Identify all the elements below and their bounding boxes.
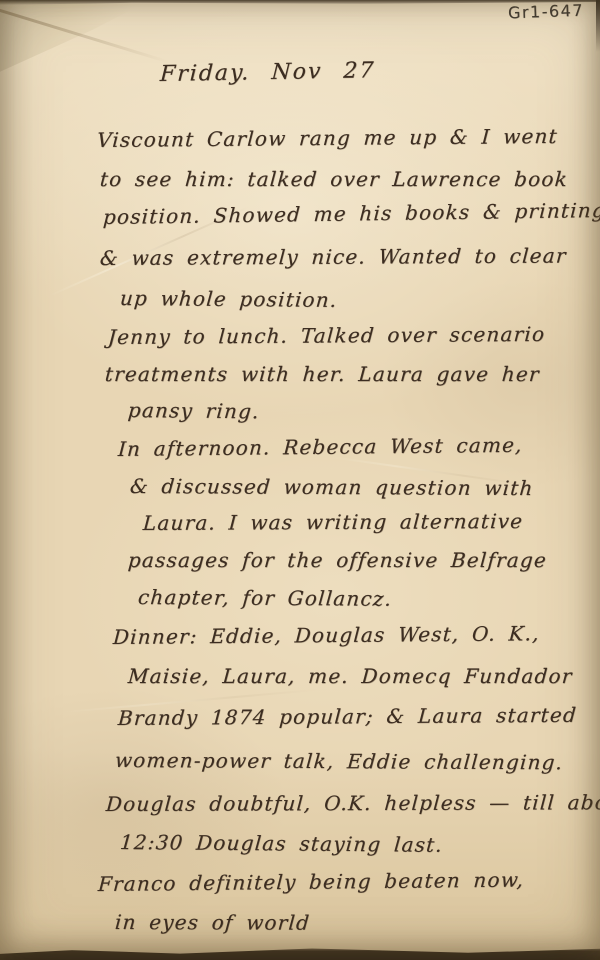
paper-corner-fold <box>0 0 150 78</box>
handwritten-line: Franco definitely being beaten now, <box>97 868 525 896</box>
handwritten-line: women-power talk, Eddie challenging. <box>114 748 564 774</box>
handwritten-line: & discussed woman question with <box>129 474 534 500</box>
handwritten-line: position. Showed me his books & printing… <box>102 198 600 229</box>
handwritten-line: passages for the offensive Belfrage <box>127 548 548 572</box>
handwritten-line: treatments with her. Laura gave her <box>104 362 540 386</box>
handwritten-line: pansy ring. <box>127 398 261 423</box>
handwritten-line: Dinner: Eddie, Douglas West, O. K., <box>112 621 540 649</box>
handwritten-line: Brandy 1874 popular; & Laura started <box>117 703 578 730</box>
handwritten-line: chapter, for Gollancz. <box>137 585 393 611</box>
archive-mark: Gr1-647 <box>508 1 585 23</box>
handwritten-line: Douglas doubtful, O.K. helpless — till a… <box>105 790 600 816</box>
handwritten-line: 12:30 Douglas staying last. <box>119 830 444 857</box>
handwritten-line: & was extremely nice. Wanted to clear <box>99 244 567 270</box>
handwritten-line: Laura. I was writing alternative <box>142 509 524 535</box>
handwritten-line: Viscount Carlow rang me up & I went <box>96 124 558 152</box>
handwritten-line: In afternoon. Rebecca West came, <box>117 433 523 461</box>
diary-page-scan: Gr1-647 Friday. Nov 27 Viscount Carlow r… <box>0 0 600 960</box>
handwritten-line: Jenny to lunch. Talked over scenario <box>107 322 546 349</box>
handwritten-line: to see him: talked over Lawrence book <box>99 167 569 191</box>
paper-bottom-edge <box>0 944 600 960</box>
handwritten-line: Maisie, Laura, me. Domecq Fundador <box>127 664 573 688</box>
paper-right-edge <box>596 0 600 52</box>
handwritten-line: up whole position. <box>119 286 338 312</box>
date-heading: Friday. Nov 27 <box>159 58 376 87</box>
handwritten-line: in eyes of world <box>114 910 311 935</box>
